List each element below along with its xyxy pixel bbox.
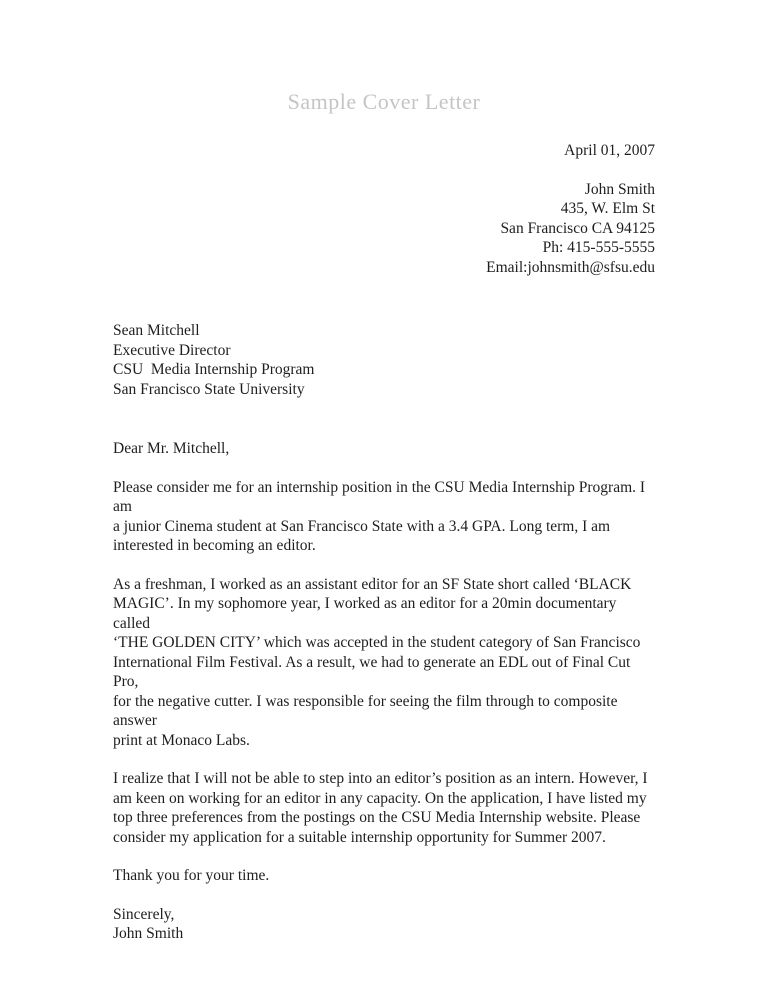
closing-signature-block: Sincerely, John Smith xyxy=(113,905,655,944)
recipient-address-block: Sean Mitchell Executive Director CSU Med… xyxy=(113,321,655,399)
document-title: Sample Cover Letter xyxy=(113,88,655,115)
body-paragraph-1: Please consider me for an internship pos… xyxy=(113,478,655,556)
thanks-line: Thank you for your time. xyxy=(113,866,655,886)
salutation: Dear Mr. Mitchell, xyxy=(113,439,655,459)
body-paragraph-3: I realize that I will not be able to ste… xyxy=(113,769,655,847)
sender-address-block: John Smith 435, W. Elm St San Francisco … xyxy=(113,180,655,278)
body-paragraph-2: As a freshman, I worked as an assistant … xyxy=(113,575,655,751)
letter-date: April 01, 2007 xyxy=(113,141,655,161)
cover-letter-page: Sample Cover Letter April 01, 2007 John … xyxy=(0,0,768,994)
